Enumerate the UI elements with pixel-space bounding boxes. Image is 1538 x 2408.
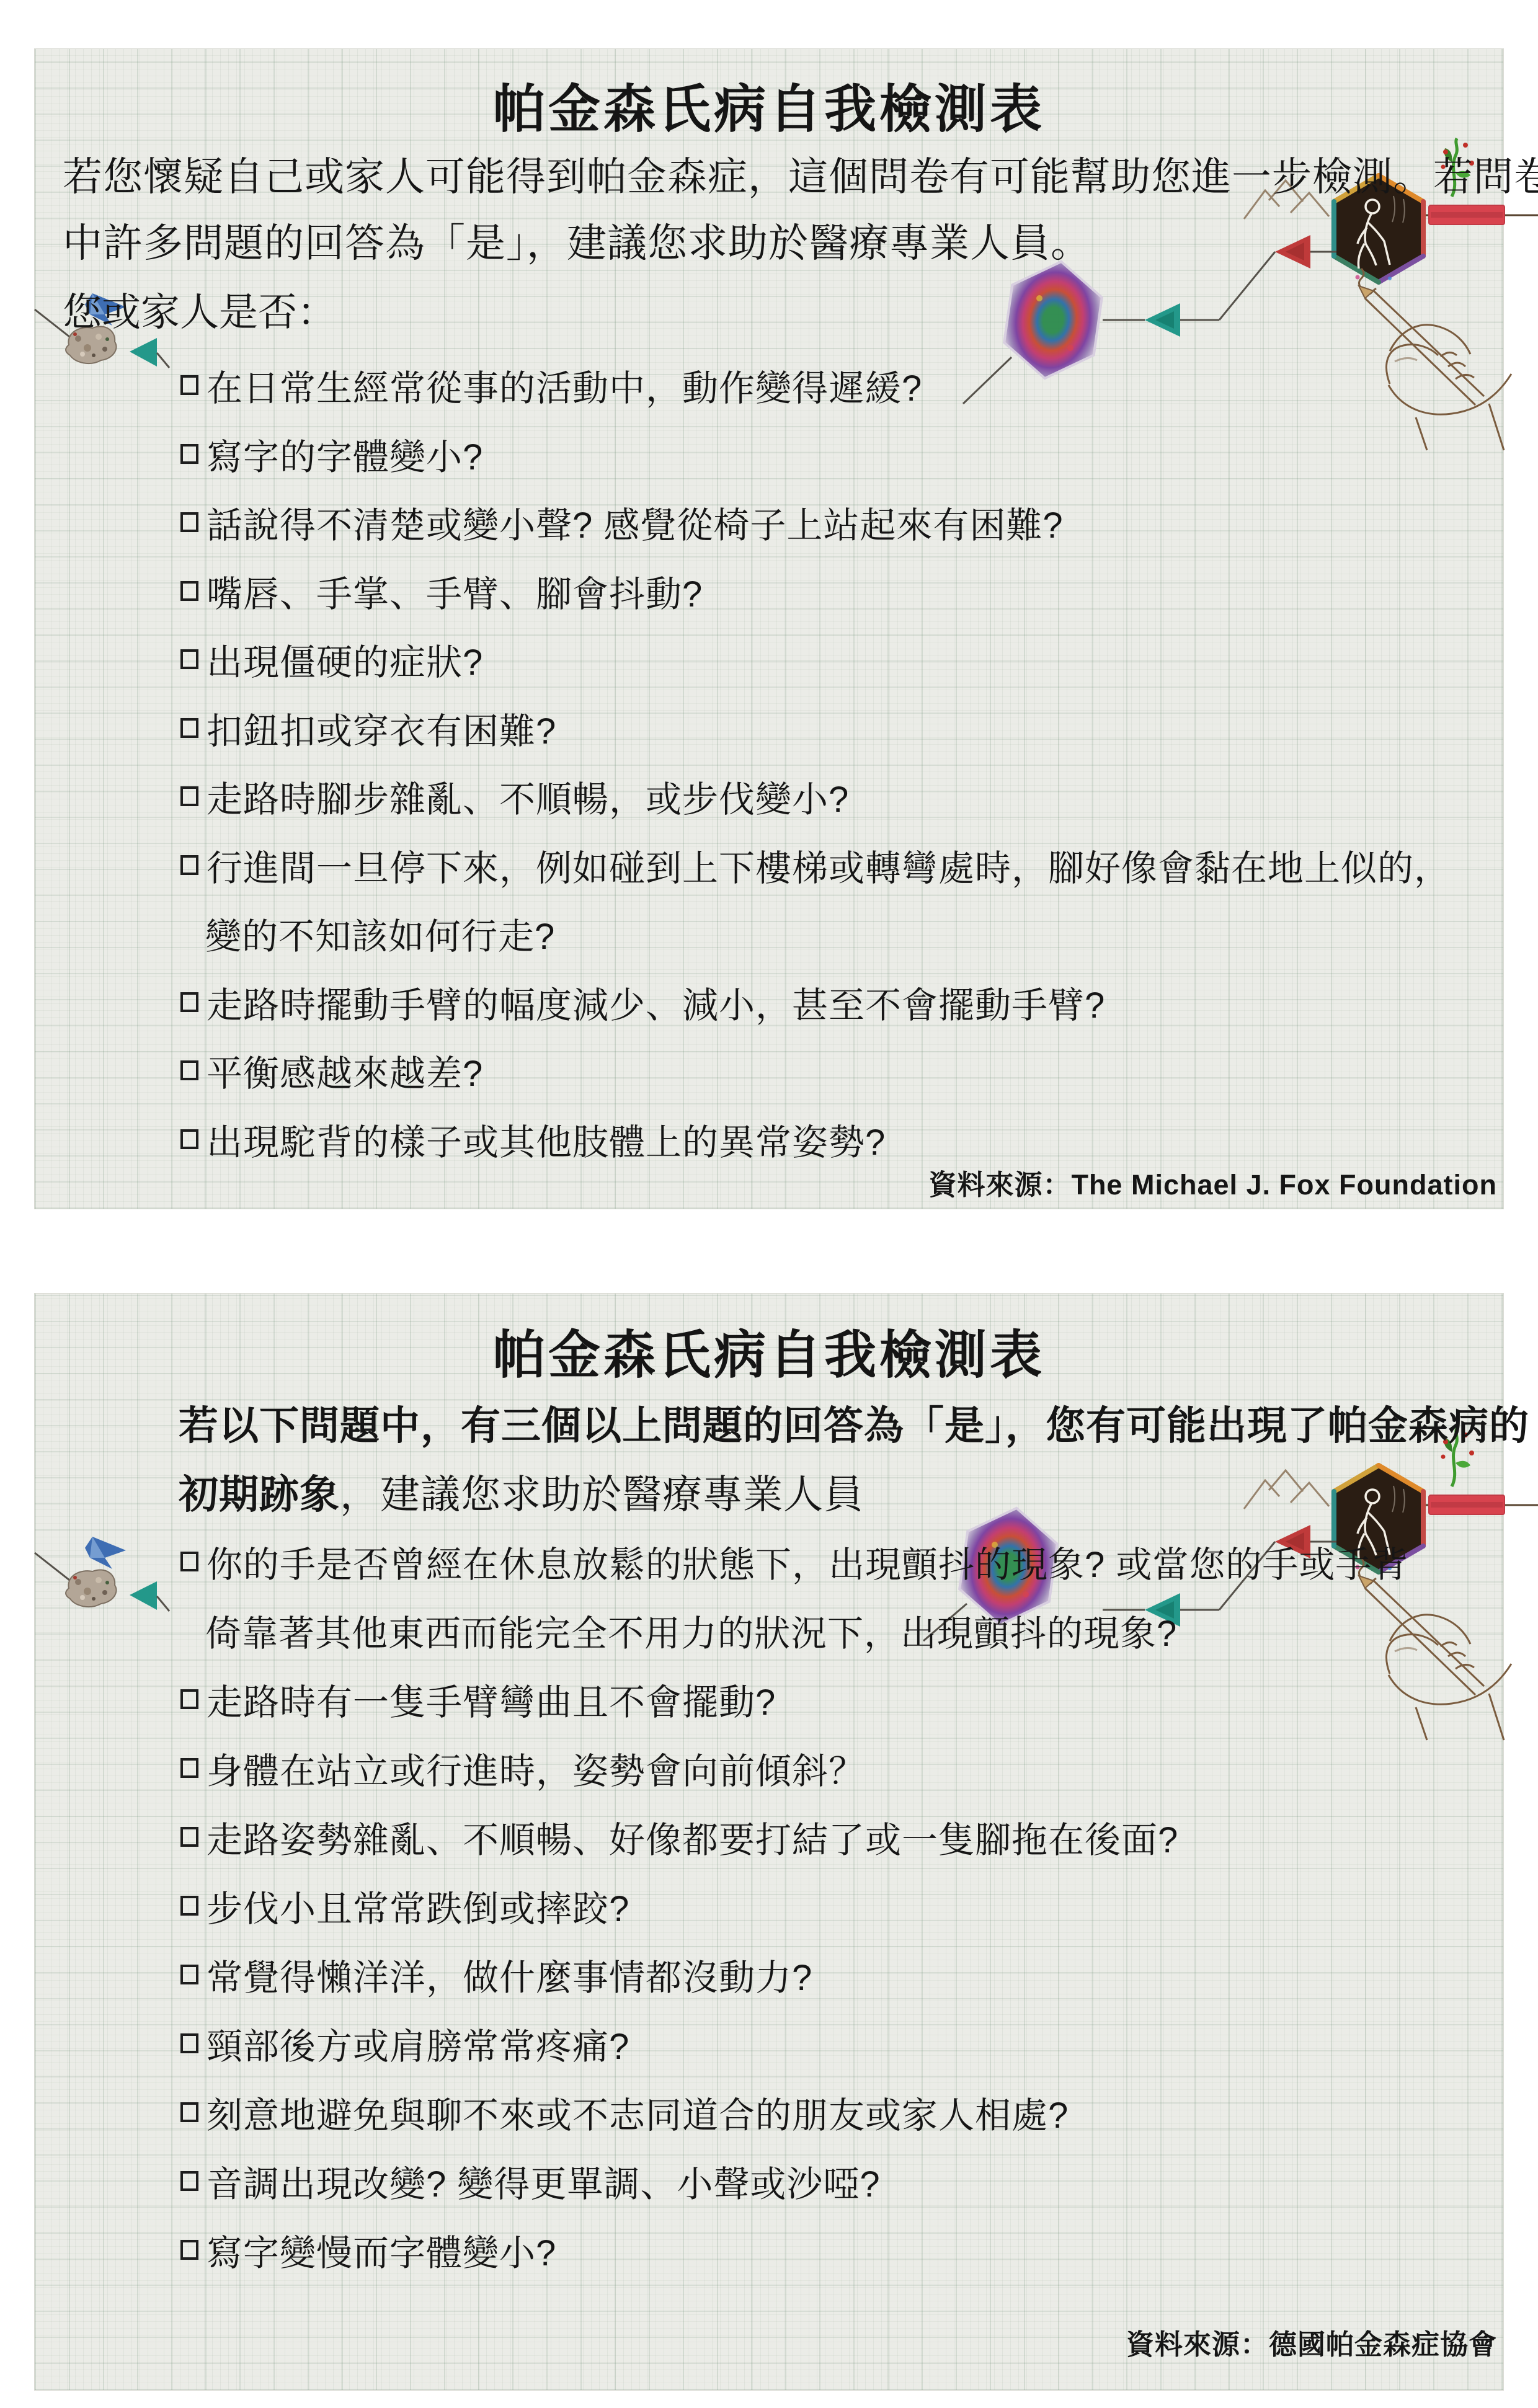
checklist-item: 平衡感越來越差?	[180, 1044, 483, 1096]
checkbox-icon[interactable]	[180, 1758, 198, 1778]
checklist-item: 寫字的字體變小?	[180, 428, 483, 480]
item-text: 寫字的字體變小?	[207, 428, 483, 480]
checkbox-icon[interactable]	[180, 786, 198, 806]
item-text: 頸部後方或肩膀常常疼痛?	[207, 2017, 629, 2069]
checklist-item: 音調出現改變? 變得更單調、小聲或沙啞?	[180, 2155, 881, 2207]
item-text: 在日常生經常從事的活動中，動作變得遲緩?	[207, 359, 922, 411]
item-text: 出現僵硬的症狀?	[207, 633, 483, 685]
checkbox-icon[interactable]	[180, 2240, 198, 2260]
checklist-item: 嘴唇、手掌、手臂、腳會抖動?	[180, 565, 703, 617]
checklist-item-continuation: 倚靠著其他東西而能完全不用力的狀況下，出現顫抖的現象?	[205, 1604, 1177, 1656]
checklist-item: 步伐小且常常跌倒或摔跤?	[180, 1880, 629, 1932]
card1-source: 資料來源：The Michael J. Fox Foundation	[928, 1162, 1497, 1202]
checklist-item: 你的手是否曾經在休息放鬆的狀態下，出現顫抖的現象? 或當您的手或手背	[180, 1535, 1408, 1588]
item-text: 身體在站立或行進時，姿勢會向前傾斜？	[207, 1742, 865, 1794]
checkbox-icon[interactable]	[180, 1827, 198, 1847]
item-text: 平衡感越來越差?	[207, 1044, 483, 1096]
illustration-left-cluster-2	[25, 1523, 174, 1628]
item-text: 步伐小且常常跌倒或摔跤?	[207, 1880, 629, 1932]
checklist-item: 在日常生經常從事的活動中，動作變得遲緩?	[180, 359, 922, 411]
checkbox-icon[interactable]	[180, 2171, 198, 2191]
item-text: 出現駝背的樣子或其他肢體上的異常姿勢?	[207, 1113, 886, 1165]
checkbox-icon[interactable]	[180, 512, 198, 532]
paper-plane-sketch	[85, 1537, 126, 1569]
item-text: 音調出現改變? 變得更單調、小聲或沙啞?	[207, 2155, 881, 2207]
checklist-item: 話說得不清楚或變小聲? 感覺從椅子上站起來有困難?	[180, 496, 1064, 548]
checklist-item-continuation: 變的不知該如何行走?	[205, 907, 555, 959]
checkbox-icon[interactable]	[180, 2102, 198, 2122]
checkbox-icon[interactable]	[180, 444, 198, 464]
item-text: 寫字變慢而字體變小?	[207, 2224, 556, 2276]
checkbox-icon[interactable]	[180, 1896, 198, 1916]
item-text: 變的不知該如何行走?	[205, 907, 555, 959]
checkbox-icon[interactable]	[180, 855, 198, 875]
checklist-item: 頸部後方或肩膀常常疼痛?	[180, 2017, 629, 2069]
checklist-item: 行進間一旦停下來，例如碰到上下樓梯或轉彎處時，腳好像會黏在地上似的，	[180, 839, 1451, 891]
illustration-right-cluster-2	[956, 1427, 1538, 1774]
checkbox-icon[interactable]	[180, 1965, 198, 1984]
card2-intro-line: 初期跡象，建議您求助於醫療專業人員	[179, 1463, 864, 1520]
checklist-item: 寫字變慢而字體變小?	[180, 2224, 556, 2276]
card2-title: 帕金森氏病自我檢測表	[35, 1313, 1503, 1388]
item-text: 你的手是否曾經在休息放鬆的狀態下，出現顫抖的現象? 或當您的手或手背	[207, 1535, 1408, 1588]
checkbox-icon[interactable]	[180, 2033, 198, 2053]
card2-intro-rest: ，建議您求助於醫療專業人員	[340, 1472, 864, 1517]
item-text: 走路時有一隻手臂彎曲且不會擺動?	[207, 1673, 776, 1725]
card1-intro-line: 中許多問題的回答為「是」，建議您求助於醫療專業人員。	[63, 211, 1091, 269]
card1-title: 帕金森氏病自我檢測表	[35, 68, 1503, 143]
checkbox-icon[interactable]	[180, 1060, 198, 1080]
item-text: 話說得不清楚或變小聲? 感覺從椅子上站起來有困難?	[207, 496, 1064, 548]
checkbox-icon[interactable]	[180, 1689, 198, 1709]
green-arrow-icon	[130, 338, 169, 368]
item-text: 走路時擺動手臂的幅度減少、減小，甚至不會擺動手臂?	[207, 976, 1105, 1028]
checklist-item: 走路姿勢雜亂、不順暢、好像都要打結了或一隻腳拖在後面?	[180, 1811, 1178, 1863]
item-text: 扣鈕扣或穿衣有困難?	[207, 702, 556, 754]
card1-question-lead: 您或家人是否：	[63, 281, 336, 337]
checklist-item: 走路時腳步雜亂、不順暢，或步伐變小?	[180, 770, 849, 822]
mountain-sketch	[1244, 1470, 1329, 1509]
card1-intro-line: 若您懷疑自己或家人可能得到帕金森症，這個問卷有可能幫助您進一步檢測。若問卷	[63, 145, 1538, 202]
checklist-item: 常覺得懶洋洋，做什麼事情都沒動力?	[180, 1948, 812, 2001]
checkbox-icon[interactable]	[180, 992, 198, 1012]
checklist-item: 身體在站立或行進時，姿勢會向前傾斜？	[180, 1742, 865, 1794]
rock-sketch	[66, 1570, 117, 1607]
checklist-item: 出現僵硬的症狀?	[180, 633, 483, 685]
item-text: 常覺得懶洋洋，做什麼事情都沒動力?	[207, 1948, 812, 2001]
hand-with-pencil-sketch	[1359, 269, 1511, 450]
item-text: 倚靠著其他東西而能完全不用力的狀況下，出現顫抖的現象?	[205, 1604, 1177, 1656]
checkbox-icon[interactable]	[180, 649, 198, 669]
red-arrow-icon	[1275, 235, 1310, 269]
card2-intro-line: 若以下問題中，有三個以上問題的回答為「是」，您有可能出現了帕金森病的	[179, 1394, 1529, 1451]
checklist-card-1: 帕金森氏病自我檢測表 若您懷疑自己或家人可能得到帕金森症，這個問卷有可能幫助您進…	[34, 48, 1504, 1209]
item-text: 走路姿勢雜亂、不順暢、好像都要打結了或一隻腳拖在後面?	[207, 1811, 1178, 1863]
item-text: 走路時腳步雜亂、不順暢，或步伐變小?	[207, 770, 849, 822]
item-text: 刻意地避免與聊不來或不志同道合的朋友或家人相處?	[207, 2086, 1069, 2138]
checklist-card-2: 帕金森氏病自我檢測表 若以下問題中，有三個以上問題的回答為「是」，您有可能出現了…	[34, 1293, 1504, 2391]
red-crayon-mark	[1429, 205, 1505, 224]
item-text: 行進間一旦停下來，例如碰到上下樓梯或轉彎處時，腳好像會黏在地上似的，	[207, 839, 1451, 891]
green-arrow-icon	[130, 1581, 169, 1611]
checklist-item: 出現駝背的樣子或其他肢體上的異常姿勢?	[180, 1113, 886, 1165]
item-text: 嘴唇、手掌、手臂、腳會抖動?	[207, 565, 703, 617]
green-arrow-icon	[1145, 303, 1180, 337]
checklist-item: 扣鈕扣或穿衣有困難?	[180, 702, 556, 754]
checkbox-icon[interactable]	[180, 1552, 198, 1571]
checklist-item: 刻意地避免與聊不來或不志同道合的朋友或家人相處?	[180, 2086, 1069, 2138]
checklist-item: 走路時擺動手臂的幅度減少、減小，甚至不會擺動手臂?	[180, 976, 1105, 1028]
card2-source: 資料來源：德國帕金森症協會	[1126, 2322, 1497, 2362]
checkbox-icon[interactable]	[180, 581, 198, 601]
red-crayon-mark	[1429, 1495, 1505, 1514]
tie-dye-hexagon	[963, 255, 1106, 404]
page: { "colors": { "paper": "#ebece7", "grid_…	[0, 0, 1538, 2408]
checklist-item: 走路時有一隻手臂彎曲且不會擺動?	[180, 1673, 776, 1725]
checkbox-icon[interactable]	[180, 1129, 198, 1149]
card2-intro-bold-term: 初期跡象	[179, 1472, 340, 1517]
checkbox-icon[interactable]	[180, 718, 198, 738]
checkbox-icon[interactable]	[180, 375, 198, 395]
